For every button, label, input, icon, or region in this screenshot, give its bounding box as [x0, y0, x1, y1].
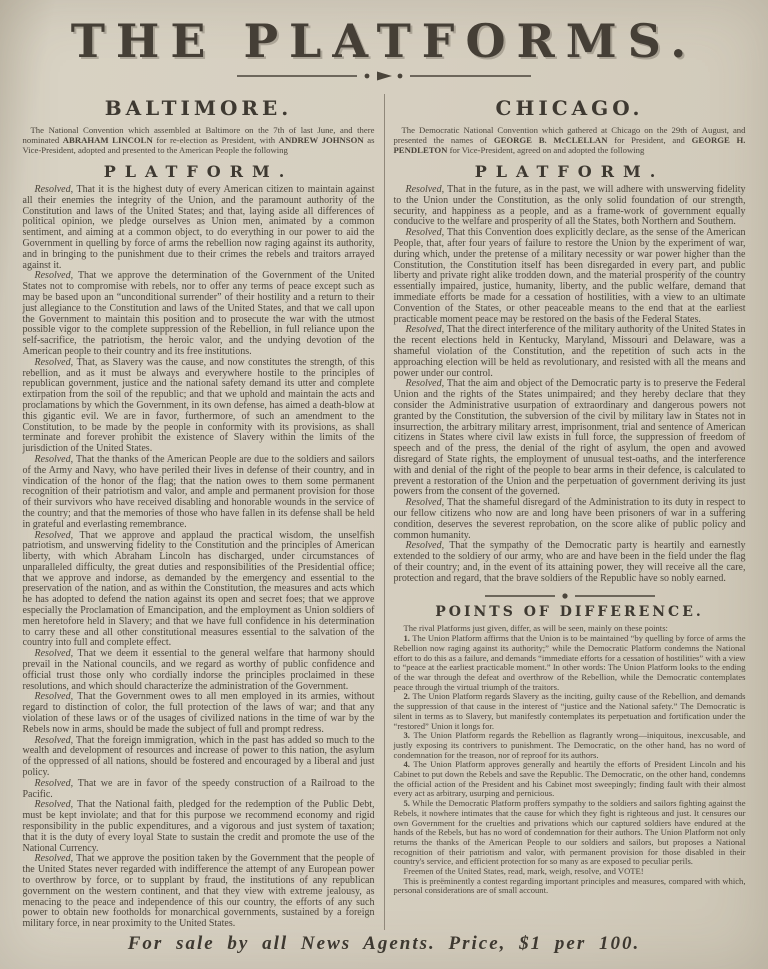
intro-text: for re-election as President, with: [153, 135, 279, 145]
resolved-lead: Resolved,: [35, 735, 77, 746]
resolution-paragraph: Resolved, That the shameful disregard of…: [394, 498, 746, 541]
two-column-layout: BALTIMORE. The National Convention which…: [0, 88, 768, 930]
resolution-paragraph: Resolved, That the aim and object of the…: [394, 379, 746, 498]
resolution-paragraph: Resolved, That, as Slavery was the cause…: [23, 358, 375, 455]
resolved-lead: Resolved,: [35, 648, 78, 659]
resolution-paragraph: Resolved, That we approve the position t…: [23, 854, 375, 930]
point-number: 5.: [404, 798, 413, 808]
chicago-column: CHICAGO. The Democratic National Convent…: [390, 88, 750, 930]
resolution-paragraph: Resolved, That the foreign immigration, …: [23, 736, 375, 779]
baltimore-column: BALTIMORE. The National Convention which…: [19, 88, 379, 930]
resolved-lead: Resolved,: [406, 540, 450, 551]
resolution-paragraph: Resolved, That the Government owes to al…: [23, 692, 375, 735]
difference-point: 5. While the Democratic Platform proffer…: [394, 799, 746, 867]
resolved-lead: Resolved,: [406, 324, 447, 335]
ornament-rule-icon: [229, 70, 539, 82]
resolved-lead: Resolved,: [406, 184, 448, 195]
resolved-lead: Resolved,: [35, 691, 78, 702]
points-of-difference-heading: POINTS OF DIFFERENCE.: [394, 604, 746, 620]
resolved-lead: Resolved,: [406, 378, 447, 389]
difference-point: 3. The Union Platform regards the Rebell…: [394, 731, 746, 760]
masthead: THE PLATFORMS.: [0, 0, 768, 82]
resolution-paragraph: Resolved, That this Convention does expl…: [394, 228, 746, 325]
resolved-lead: Resolved,: [35, 853, 77, 864]
point-number: 2.: [404, 691, 413, 701]
intro-text: for Vice-President, agreed on and adopte…: [447, 145, 644, 155]
resolved-lead: Resolved,: [35, 357, 77, 368]
title-divider-ornament: [0, 70, 768, 82]
column-divider-rule: [384, 94, 385, 930]
resolution-paragraph: Resolved, That we are in favor of the sp…: [23, 779, 375, 801]
page-title: THE PLATFORMS.: [0, 14, 768, 68]
intro-text: for President, and: [607, 135, 691, 145]
resolution-paragraph: Resolved, That we approve the determinat…: [23, 271, 375, 357]
resolved-lead: Resolved,: [406, 497, 447, 508]
ornament-rule-icon: [485, 591, 655, 601]
chicago-heading: CHICAGO.: [394, 96, 746, 120]
resolved-lead: Resolved,: [35, 184, 77, 195]
resolved-lead: Resolved,: [35, 454, 76, 465]
resolution-paragraph: Resolved, That the sympathy of the Democ…: [394, 541, 746, 584]
candidate-name: ANDREW JOHNSON: [279, 135, 364, 145]
broadside-page: THE PLATFORMS. BALTIMORE. The National C…: [0, 0, 768, 969]
resolution-paragraph: Resolved, That the National faith, pledg…: [23, 800, 375, 854]
resolution-paragraph: Resolved, That we deem it essential to t…: [23, 649, 375, 692]
resolved-lead: Resolved,: [35, 530, 80, 541]
candidate-name: GEORGE B. McCLELLAN: [494, 135, 608, 145]
resolved-lead: Resolved,: [35, 778, 78, 789]
chicago-intro: The Democratic National Convention which…: [394, 125, 746, 155]
point-number: 1.: [404, 633, 413, 643]
point-number: 4.: [404, 759, 414, 769]
chicago-resolutions: Resolved, That in the future, as in the …: [394, 185, 746, 584]
resolution-paragraph: Resolved, That we approve and applaud th…: [23, 531, 375, 650]
points-list: 1. The Union Platform affirms that the U…: [394, 634, 746, 867]
resolved-lead: Resolved,: [406, 227, 447, 238]
baltimore-platform-heading: PLATFORM.: [23, 162, 375, 181]
closing-line: This is preëminently a contest regarding…: [394, 877, 746, 896]
baltimore-intro: The National Convention which assembled …: [23, 125, 375, 155]
baltimore-resolutions: Resolved, That it is the highest duty of…: [23, 185, 375, 930]
candidate-name: ABRAHAM LINCOLN: [63, 135, 153, 145]
difference-point: 1. The Union Platform affirms that the U…: [394, 634, 746, 692]
resolved-lead: Resolved,: [35, 270, 78, 281]
resolution-paragraph: Resolved, That the direct interference o…: [394, 325, 746, 379]
chicago-platform-heading: PLATFORM.: [394, 162, 746, 181]
resolution-paragraph: Resolved, That in the future, as in the …: [394, 185, 746, 228]
baltimore-heading: BALTIMORE.: [23, 96, 375, 120]
difference-point: 2. The Union Platform regards Slavery as…: [394, 692, 746, 731]
section-divider-ornament: [394, 591, 746, 601]
points-closing: Freemen of the United States, read, mark…: [394, 867, 746, 896]
resolved-lead: Resolved,: [35, 799, 77, 810]
point-number: 3.: [404, 730, 414, 740]
footer-imprint: For sale by all News Agents. Price, $1 p…: [0, 933, 768, 955]
resolution-paragraph: Resolved, That the thanks of the America…: [23, 455, 375, 531]
resolution-paragraph: Resolved, That it is the highest duty of…: [23, 185, 375, 271]
difference-point: 4. The Union Platform approves generally…: [394, 760, 746, 799]
